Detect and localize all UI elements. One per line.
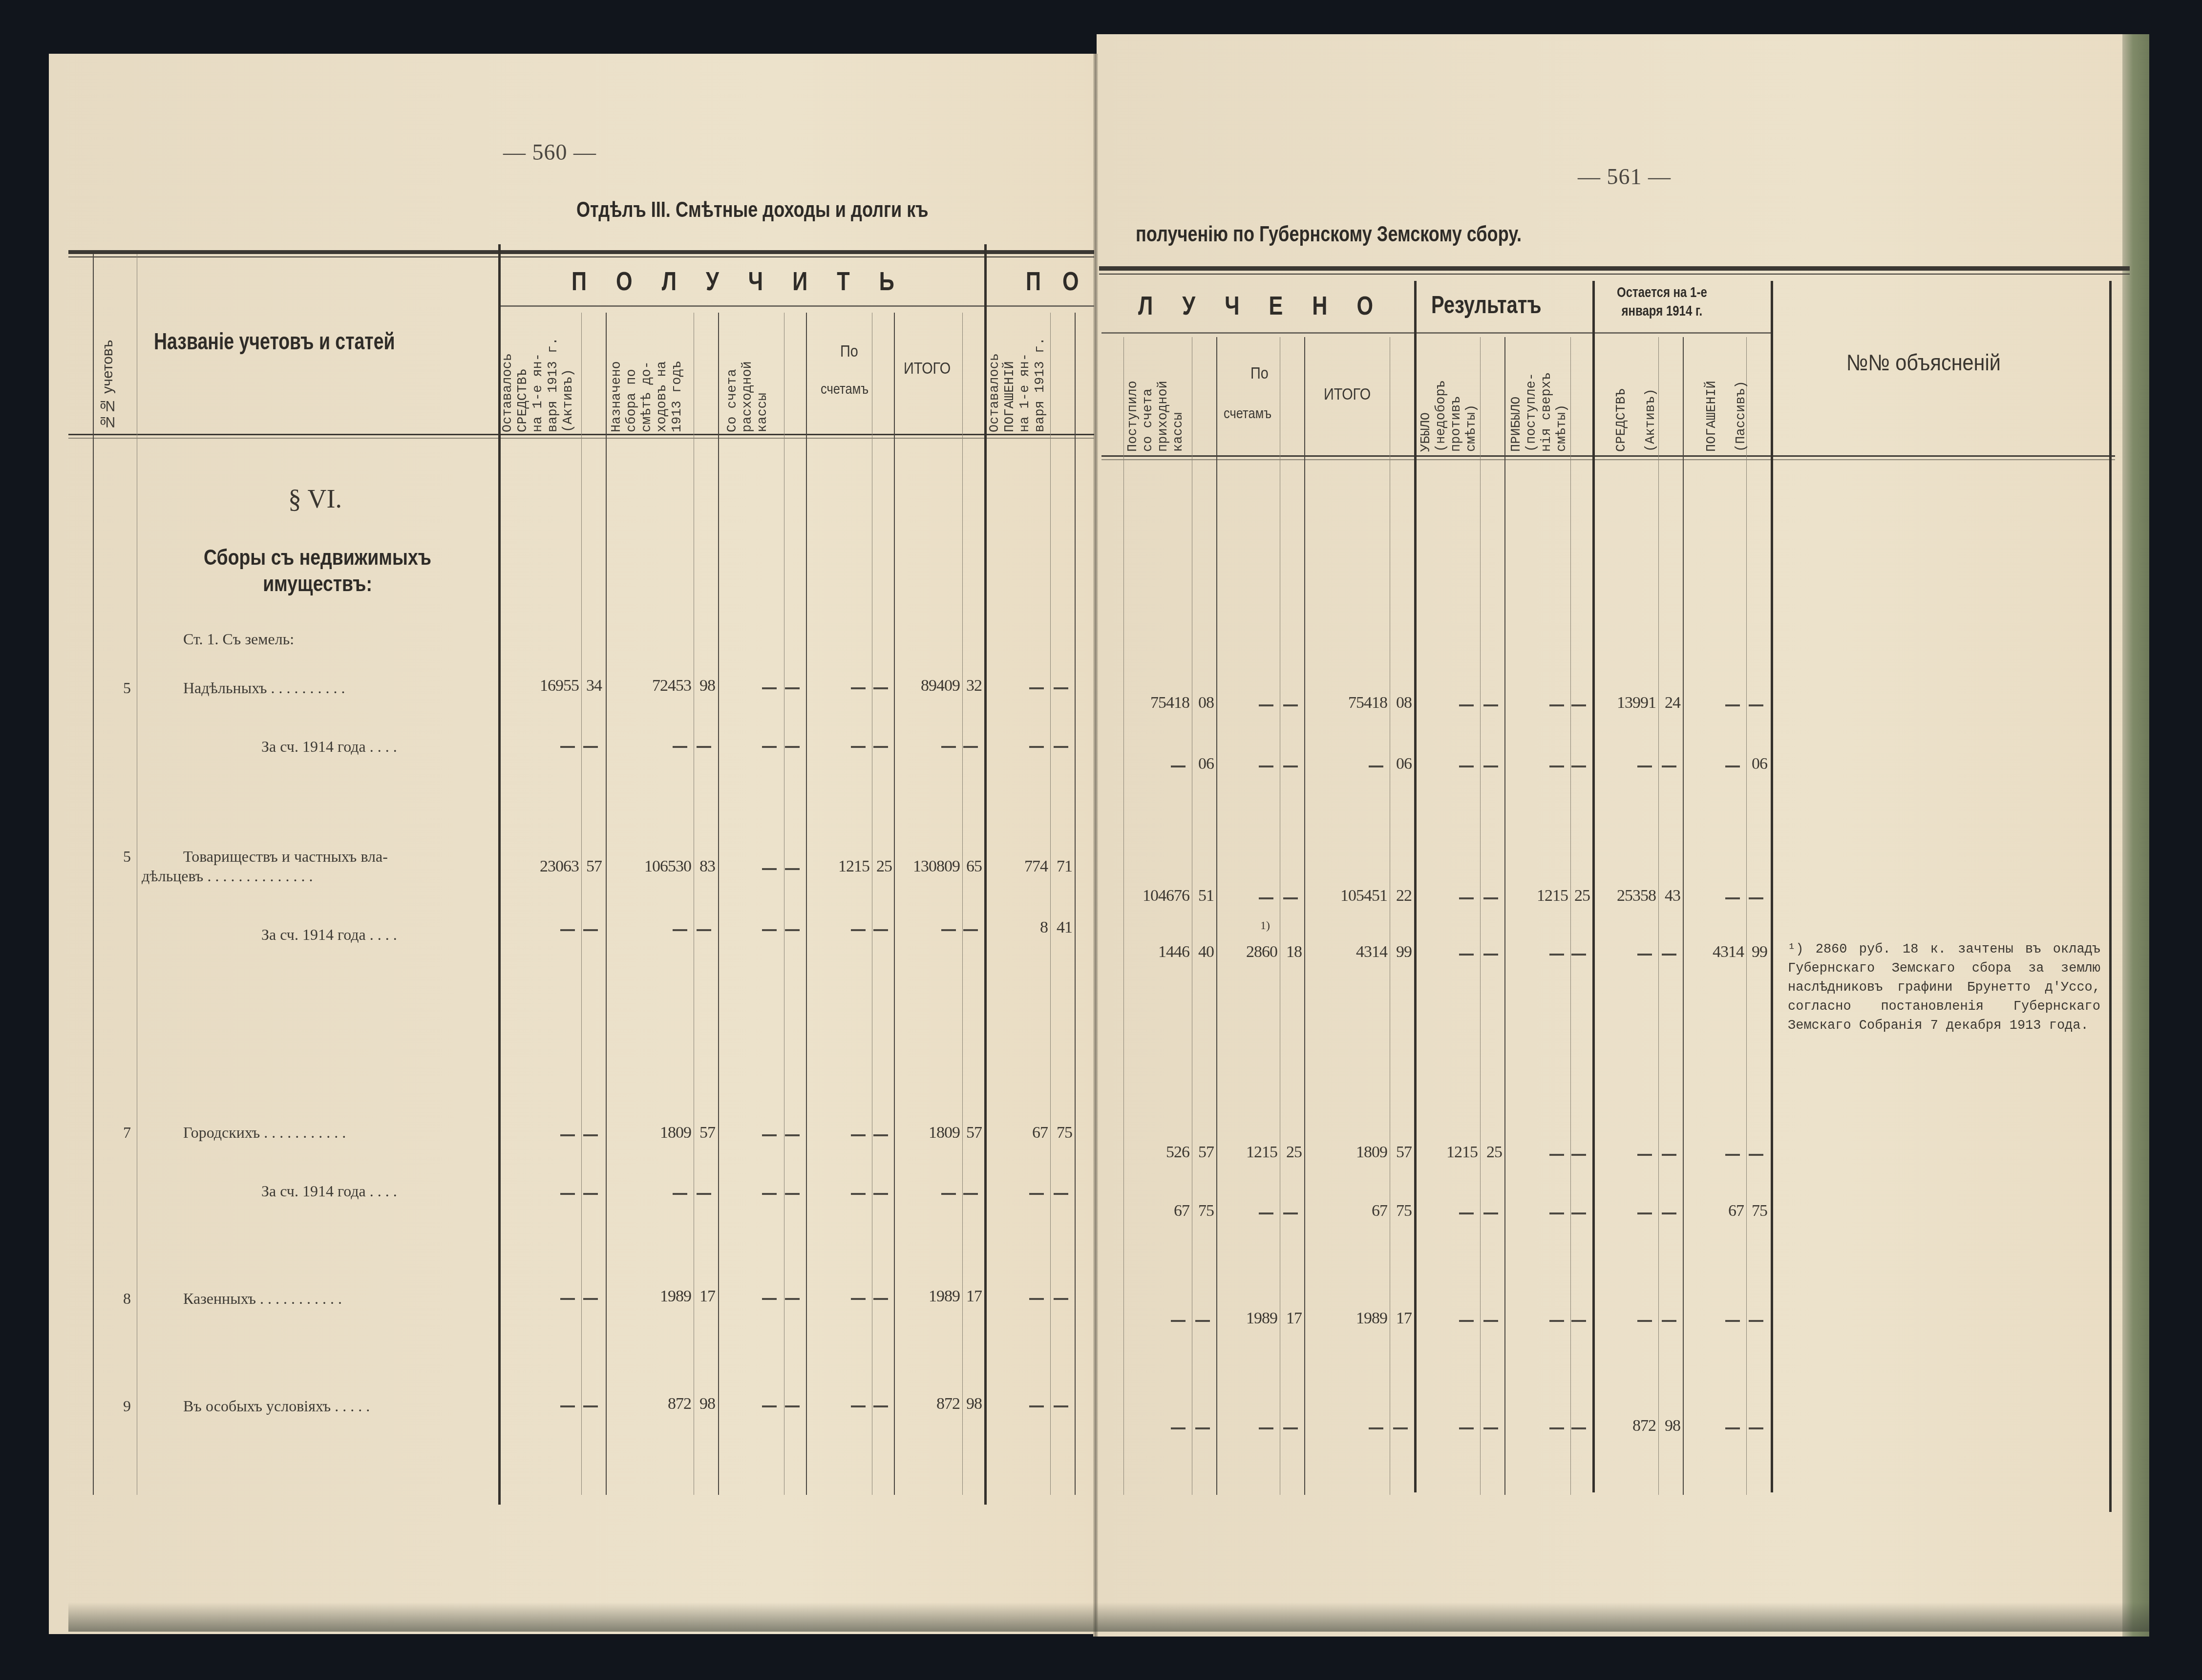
col-divider xyxy=(1390,337,1390,1495)
section-heading-line2: имуществъ: xyxy=(172,571,463,597)
table-cell-value: 1215 xyxy=(1446,1143,1478,1162)
col-divider xyxy=(872,313,872,1495)
table-cell-value: 75 xyxy=(1198,1202,1214,1220)
table-cell-value: 23063 xyxy=(540,857,579,876)
row-label-cont: дѣльцевъ . . . . . . . . . . . . . . xyxy=(142,867,313,885)
col-divider xyxy=(1746,337,1747,1495)
table-cell-value: 98 xyxy=(966,1395,982,1413)
empty-cell-dash xyxy=(1483,1212,1498,1214)
empty-cell-dash xyxy=(1749,704,1763,706)
empty-cell-dash xyxy=(762,929,777,931)
table-cell-value: 51 xyxy=(1198,887,1214,905)
header-group-remains-line2: января 1914 г. xyxy=(1617,302,1707,320)
empty-cell-dash xyxy=(785,1298,800,1300)
empty-cell-dash xyxy=(785,687,800,689)
page-title-left: Отдѣлъ III. Смѣтные доходы и долги къ xyxy=(576,198,929,222)
col-divider xyxy=(962,313,963,1495)
header-group-remains-line1: Остается на 1-е xyxy=(1617,283,1707,302)
empty-cell-dash xyxy=(1549,766,1564,767)
table-cell-value: 130809 xyxy=(913,857,960,876)
table-cell-value: 67 xyxy=(1728,1202,1744,1220)
empty-cell-dash xyxy=(697,746,711,748)
row-label: Казенныхъ . . . . . . . . . . . xyxy=(183,1290,342,1308)
header-group-result: Результатъ xyxy=(1431,291,1542,319)
empty-cell-dash xyxy=(963,1193,978,1195)
table-cell-value: 72453 xyxy=(652,677,691,695)
table-cell-value: 1989 xyxy=(1356,1309,1387,1328)
col-divider xyxy=(718,313,719,1495)
table-cell-value: 57 xyxy=(966,1124,982,1142)
table-cell-value: 06 xyxy=(1752,755,1767,773)
empty-cell-dash xyxy=(1662,766,1676,767)
empty-cell-dash xyxy=(560,1134,575,1136)
empty-cell-dash xyxy=(583,1193,598,1195)
header-postupilo: Поступило со счета приходной кассы xyxy=(1126,342,1186,452)
empty-cell-dash xyxy=(762,687,777,689)
table-cell-value: 41 xyxy=(1057,918,1072,937)
table-cell-value: 75 xyxy=(1752,1202,1767,1220)
table-cell-value: 104676 xyxy=(1143,887,1189,905)
table-cell-value: 57 xyxy=(1198,1143,1214,1162)
row-number: 9 xyxy=(123,1397,131,1415)
empty-cell-dash xyxy=(1571,1427,1586,1429)
empty-cell-dash xyxy=(1459,1427,1474,1429)
table-cell-value: 83 xyxy=(699,857,715,876)
row-label: За сч. 1914 года . . . . xyxy=(261,926,397,944)
table-cell-value: 08 xyxy=(1198,694,1214,712)
header-po-schetam-right: По xyxy=(1250,364,1269,383)
col-divider xyxy=(1192,337,1192,1495)
row-number: 8 xyxy=(123,1290,131,1308)
empty-cell-dash xyxy=(1283,897,1298,899)
table-cell-value: 65 xyxy=(966,857,982,876)
empty-cell-dash xyxy=(1483,1427,1498,1429)
empty-cell-dash xyxy=(762,1298,777,1300)
right-page xyxy=(1097,34,2147,1637)
empty-cell-dash xyxy=(1749,1320,1763,1322)
empty-cell-dash xyxy=(963,929,978,931)
table-cell-value: 17 xyxy=(1396,1309,1412,1328)
col-divider xyxy=(806,313,807,1495)
table-cell-value: 872 xyxy=(1632,1417,1656,1435)
table-cell-value: 106530 xyxy=(644,857,691,876)
col-divider xyxy=(984,244,987,1505)
table-top-rule-right xyxy=(1099,266,2130,271)
table-cell-value: 17 xyxy=(966,1287,982,1306)
table-cell-value: 526 xyxy=(1166,1143,1189,1162)
empty-cell-dash xyxy=(560,929,575,931)
table-cell-value: 1446 xyxy=(1158,943,1189,961)
empty-cell-dash xyxy=(873,1193,888,1195)
empty-cell-dash xyxy=(1195,1427,1210,1429)
empty-cell-dash xyxy=(963,746,978,748)
empty-cell-dash xyxy=(873,1298,888,1300)
table-cell-value: 1215 xyxy=(838,857,869,876)
empty-cell-dash xyxy=(583,929,598,931)
empty-cell-dash xyxy=(1549,1427,1564,1429)
col-divider xyxy=(137,254,137,1495)
empty-cell-dash xyxy=(1571,1154,1586,1156)
table-cell-value: 8 xyxy=(1040,918,1048,937)
empty-cell-dash xyxy=(1171,1427,1186,1429)
empty-cell-dash xyxy=(560,746,575,748)
table-cell-value: 872 xyxy=(668,1395,691,1413)
section-paragraph: § VI. xyxy=(288,484,342,514)
row-label: Товариществъ и частныхъ вла- xyxy=(183,848,388,866)
group-header-rule-right xyxy=(1101,332,1771,334)
table-cell-value: 32 xyxy=(966,677,982,695)
empty-cell-dash xyxy=(1483,1320,1498,1322)
table-cell-value: 1809 xyxy=(1356,1143,1387,1162)
table-cell-value: 872 xyxy=(936,1395,960,1413)
table-cell-value: 99 xyxy=(1752,943,1767,961)
col-divider xyxy=(1075,313,1076,1495)
col-divider xyxy=(606,313,607,1495)
row-label: Надѣльныхъ . . . . . . . . . . xyxy=(183,679,345,697)
table-cell-value: 25 xyxy=(1286,1143,1302,1162)
header-col-explanations: №№ объясненій xyxy=(1846,349,2001,376)
empty-cell-dash xyxy=(785,1193,800,1195)
header-sredstv: СРЕДСТВЪ (Активъ) xyxy=(1607,342,1666,452)
page-title-right: полученію по Губернскому Земскому сбору. xyxy=(1136,222,1522,247)
empty-cell-dash xyxy=(1725,1427,1740,1429)
empty-cell-dash xyxy=(851,687,866,689)
empty-cell-dash xyxy=(1459,1320,1474,1322)
table-cell-value: 75418 xyxy=(1150,694,1189,712)
table-cell-value: 08 xyxy=(1396,694,1412,712)
empty-cell-dash xyxy=(1393,1427,1408,1429)
table-cell-value: 89409 xyxy=(921,677,960,695)
empty-cell-dash xyxy=(851,1298,866,1300)
col-divider xyxy=(1123,337,1124,1495)
table-cell-value: 25 xyxy=(1574,887,1590,905)
group-header-rule-left xyxy=(498,305,1094,307)
empty-cell-dash xyxy=(1459,954,1474,956)
empty-cell-dash xyxy=(1029,687,1044,689)
empty-cell-dash xyxy=(673,746,687,748)
empty-cell-dash xyxy=(1459,704,1474,706)
header-itogo: ИТОГО xyxy=(904,359,951,378)
table-cell-value: 1989 xyxy=(1246,1309,1277,1328)
header-group-received-start: П О xyxy=(1026,266,1087,297)
empty-cell-dash xyxy=(1483,704,1498,706)
empty-cell-dash xyxy=(1549,1154,1564,1156)
col-divider xyxy=(581,313,582,1495)
book-cover-edge xyxy=(2122,34,2149,1637)
empty-cell-dash xyxy=(873,929,888,931)
header-pribylo: ПРИБЫЛО (поступле- нія сверхъ смѣты) xyxy=(1509,342,1570,452)
col-divider xyxy=(694,313,694,1495)
table-cell-value: 1215 xyxy=(1537,887,1568,905)
table-cell-value: 18 xyxy=(1286,943,1302,961)
empty-cell-dash xyxy=(560,1298,575,1300)
header-so-scheta-rashodnoy: Со счета расходной кассы xyxy=(725,315,771,432)
table-top-rule-left-thin xyxy=(68,256,1094,257)
header-po-schetam: По xyxy=(840,342,858,361)
empty-cell-dash xyxy=(1171,1320,1186,1322)
table-cell-value: 75418 xyxy=(1348,694,1387,712)
col-divider xyxy=(1480,337,1481,1495)
empty-cell-dash xyxy=(1662,954,1676,956)
empty-cell-dash xyxy=(1259,766,1273,767)
header-ostavalos-sredstv: Оставалось СРЕДСТВЪ на 1-е ян- варя 1913… xyxy=(501,315,576,432)
empty-cell-dash xyxy=(583,746,598,748)
table-cell-value: 06 xyxy=(1198,755,1214,773)
page-number-left: — 560 — xyxy=(503,139,596,165)
empty-cell-dash xyxy=(1662,1154,1676,1156)
empty-cell-dash xyxy=(1283,766,1298,767)
empty-cell-dash xyxy=(1283,704,1298,706)
empty-cell-dash xyxy=(1571,1212,1586,1214)
table-cell-value: 1989 xyxy=(929,1287,960,1306)
table-cell-value: 34 xyxy=(586,677,602,695)
footnote-text: ¹) 2860 руб. 18 к. зачтены въ окладъ Губ… xyxy=(1788,940,2100,1036)
col-divider xyxy=(784,313,784,1495)
empty-cell-dash xyxy=(785,746,800,748)
header-ostavalos-pogasheniy: Оставалось ПОГАШЕНІЙ на 1-е ян- варя 191… xyxy=(988,313,1048,432)
empty-cell-dash xyxy=(851,1193,866,1195)
header-col-no: №№ учетовъ xyxy=(100,313,115,430)
empty-cell-dash xyxy=(1171,766,1186,767)
table-cell-value: 67 xyxy=(1032,1124,1048,1142)
table-top-rule-right-thin xyxy=(1099,274,2130,275)
table-right-border xyxy=(2109,281,2112,1512)
empty-cell-dash xyxy=(583,1298,598,1300)
empty-cell-dash xyxy=(1637,766,1652,767)
section-heading-line1: Сборы съ недвижимыхъ xyxy=(172,545,463,571)
empty-cell-dash xyxy=(941,929,956,931)
table-cell-value: 16955 xyxy=(540,677,579,695)
empty-cell-dash xyxy=(1459,897,1474,899)
col-divider xyxy=(1280,337,1280,1495)
empty-cell-dash xyxy=(560,1193,575,1195)
table-cell-value: 25 xyxy=(876,857,892,876)
col-divider xyxy=(1504,337,1505,1495)
table-cell-value: 67 xyxy=(1372,1202,1387,1220)
row-number: 5 xyxy=(123,679,131,697)
row-label: За сч. 1914 года . . . . xyxy=(261,1182,397,1200)
empty-cell-dash xyxy=(1259,897,1273,899)
empty-cell-dash xyxy=(785,1405,800,1407)
col-divider xyxy=(1683,337,1684,1495)
table-cell-value: 17 xyxy=(1286,1309,1302,1328)
empty-cell-dash xyxy=(1459,1212,1474,1214)
empty-cell-dash xyxy=(873,1405,888,1407)
section-heading: Сборы съ недвижимыхъ имуществъ: xyxy=(172,545,463,597)
header-pogasheniy: ПОГАШЕНІЙ (Пассивъ) xyxy=(1697,342,1756,452)
table-cell-value: 71 xyxy=(1057,857,1072,876)
header-ubylo: УБЫЛО (недоборъ противъ смѣты) xyxy=(1419,342,1480,452)
empty-cell-dash xyxy=(673,1193,687,1195)
row-label: Въ особыхъ условіяхъ . . . . . xyxy=(183,1397,370,1415)
empty-cell-dash xyxy=(1483,766,1498,767)
table-cell-value: 1215 xyxy=(1246,1143,1277,1162)
table-cell-value: 67 xyxy=(1174,1202,1189,1220)
empty-cell-dash xyxy=(762,1193,777,1195)
empty-cell-dash xyxy=(1483,954,1498,956)
table-cell-value: 774 xyxy=(1024,857,1048,876)
header-group-receive: П О Л У Ч И Т Ь xyxy=(572,266,906,297)
empty-cell-dash xyxy=(1549,1212,1564,1214)
empty-cell-dash xyxy=(1725,1320,1740,1322)
empty-cell-dash xyxy=(1029,1405,1044,1407)
table-top-rule-left xyxy=(68,250,1094,254)
table-cell-value: 13991 xyxy=(1617,694,1656,712)
empty-cell-dash xyxy=(1725,766,1740,767)
header-group-remains: Остается на 1-е января 1914 г. xyxy=(1617,283,1707,320)
empty-cell-dash xyxy=(1637,1320,1652,1322)
col-divider xyxy=(1570,337,1571,1495)
empty-cell-dash xyxy=(1054,1405,1068,1407)
empty-cell-dash xyxy=(851,1405,866,1407)
table-cell-value: 4314 xyxy=(1713,943,1744,961)
empty-cell-dash xyxy=(1637,1212,1652,1214)
empty-cell-dash xyxy=(785,868,800,870)
table-cell-value: 98 xyxy=(1665,1417,1680,1435)
header-naznacheno: Назначено сбора по смѣтѣ до- ходовъ на 1… xyxy=(610,315,685,432)
empty-cell-dash xyxy=(1637,954,1652,956)
empty-cell-dash xyxy=(1749,897,1763,899)
empty-cell-dash xyxy=(762,746,777,748)
empty-cell-dash xyxy=(1029,1193,1044,1195)
empty-cell-dash xyxy=(560,1405,575,1407)
article-label: Ст. 1. Съ земель: xyxy=(183,630,294,648)
empty-cell-dash xyxy=(1283,1212,1298,1214)
empty-cell-dash xyxy=(1725,704,1740,706)
empty-cell-dash xyxy=(1749,1427,1763,1429)
header-group-received-end: Л У Ч Е Н О xyxy=(1138,291,1385,321)
empty-cell-dash xyxy=(1662,1320,1676,1322)
empty-cell-dash xyxy=(1283,1427,1298,1429)
table-cell-value: 22 xyxy=(1396,887,1412,905)
row-number: 5 xyxy=(123,848,131,866)
empty-cell-dash xyxy=(941,746,956,748)
col-divider xyxy=(1414,281,1417,1492)
empty-cell-dash xyxy=(873,687,888,689)
empty-cell-dash xyxy=(1637,1154,1652,1156)
page-number-right: — 561 — xyxy=(1578,164,1671,190)
empty-cell-dash xyxy=(851,746,866,748)
empty-cell-dash xyxy=(851,1134,866,1136)
table-cell-value: 24 xyxy=(1665,694,1680,712)
empty-cell-dash xyxy=(1054,1193,1068,1195)
empty-cell-dash xyxy=(697,1193,711,1195)
empty-cell-dash xyxy=(1571,954,1586,956)
empty-cell-dash xyxy=(1483,897,1498,899)
table-cell-value: 75 xyxy=(1396,1202,1412,1220)
empty-cell-dash xyxy=(1571,1320,1586,1322)
col-divider xyxy=(1658,337,1659,1495)
table-cell-value: 40 xyxy=(1198,943,1214,961)
col-divider xyxy=(498,244,501,1505)
empty-cell-dash xyxy=(873,1134,888,1136)
empty-cell-dash xyxy=(1029,746,1044,748)
header-po-schetam-right-2: счетамъ xyxy=(1224,405,1271,422)
col-divider xyxy=(1050,313,1051,1495)
table-cell-value: 25358 xyxy=(1617,887,1656,905)
empty-cell-dash xyxy=(873,746,888,748)
table-cell-value: 57 xyxy=(699,1124,715,1142)
empty-cell-dash xyxy=(1549,1320,1564,1322)
table-cell-value: 105451 xyxy=(1340,887,1387,905)
empty-cell-dash xyxy=(762,1134,777,1136)
empty-cell-dash xyxy=(1369,1427,1383,1429)
empty-cell-dash xyxy=(1459,766,1474,767)
col-divider xyxy=(1216,337,1217,1495)
empty-cell-dash xyxy=(1549,954,1564,956)
table-cell-value: 1989 xyxy=(660,1287,691,1306)
empty-cell-dash xyxy=(1195,1320,1210,1322)
empty-cell-dash xyxy=(1054,1298,1068,1300)
row-label: Городскихъ . . . . . . . . . . . xyxy=(183,1124,346,1142)
col-divider xyxy=(93,254,94,1495)
empty-cell-dash xyxy=(1571,704,1586,706)
col-divider xyxy=(894,313,895,1495)
table-cell-value: 57 xyxy=(586,857,602,876)
empty-cell-dash xyxy=(583,1134,598,1136)
empty-cell-dash xyxy=(583,1405,598,1407)
empty-cell-dash xyxy=(1054,687,1068,689)
header-bottom-rule-right xyxy=(1101,455,2115,457)
footnote-marker: 1) xyxy=(1260,919,1270,933)
header-bottom-rule-right-thin xyxy=(1101,459,2115,460)
table-cell-value: 57 xyxy=(1396,1143,1412,1162)
table-cell-value: 43 xyxy=(1665,887,1680,905)
table-cell-value: 4314 xyxy=(1356,943,1387,961)
empty-cell-dash xyxy=(851,929,866,931)
empty-cell-dash xyxy=(1029,1298,1044,1300)
col-divider xyxy=(1771,281,1773,1492)
empty-cell-dash xyxy=(1369,766,1383,767)
book-spine xyxy=(1093,54,1098,1637)
empty-cell-dash xyxy=(1571,766,1586,767)
table-cell-value: 1809 xyxy=(660,1124,691,1142)
empty-cell-dash xyxy=(762,1405,777,1407)
table-cell-value: 06 xyxy=(1396,755,1412,773)
empty-cell-dash xyxy=(1259,704,1273,706)
header-itogo-right: ИТОГО xyxy=(1324,385,1371,404)
table-cell-value: 98 xyxy=(699,1395,715,1413)
row-label: За сч. 1914 года . . . . xyxy=(261,738,397,756)
empty-cell-dash xyxy=(762,868,777,870)
header-col-name: Названіе учетовъ и статей xyxy=(154,328,395,355)
empty-cell-dash xyxy=(785,929,800,931)
empty-cell-dash xyxy=(1549,704,1564,706)
empty-cell-dash xyxy=(1259,1427,1273,1429)
empty-cell-dash xyxy=(1259,1212,1273,1214)
table-cell-value: 98 xyxy=(699,677,715,695)
header-po-schetam-2: счетамъ xyxy=(821,381,868,398)
empty-cell-dash xyxy=(697,929,711,931)
empty-cell-dash xyxy=(1725,897,1740,899)
empty-cell-dash xyxy=(1749,1154,1763,1156)
page-bottom-shadow xyxy=(68,1602,2149,1632)
col-divider xyxy=(1304,337,1305,1495)
empty-cell-dash xyxy=(941,1193,956,1195)
table-cell-value: 17 xyxy=(699,1287,715,1306)
empty-cell-dash xyxy=(785,1134,800,1136)
table-cell-value: 99 xyxy=(1396,943,1412,961)
empty-cell-dash xyxy=(673,929,687,931)
table-cell-value: 25 xyxy=(1486,1143,1502,1162)
empty-cell-dash xyxy=(1054,746,1068,748)
table-cell-value: 2860 xyxy=(1246,943,1277,961)
col-divider xyxy=(1592,281,1595,1492)
table-cell-value: 75 xyxy=(1057,1124,1072,1142)
table-cell-value: 1809 xyxy=(929,1124,960,1142)
empty-cell-dash xyxy=(1662,1212,1676,1214)
row-number: 7 xyxy=(123,1124,131,1142)
